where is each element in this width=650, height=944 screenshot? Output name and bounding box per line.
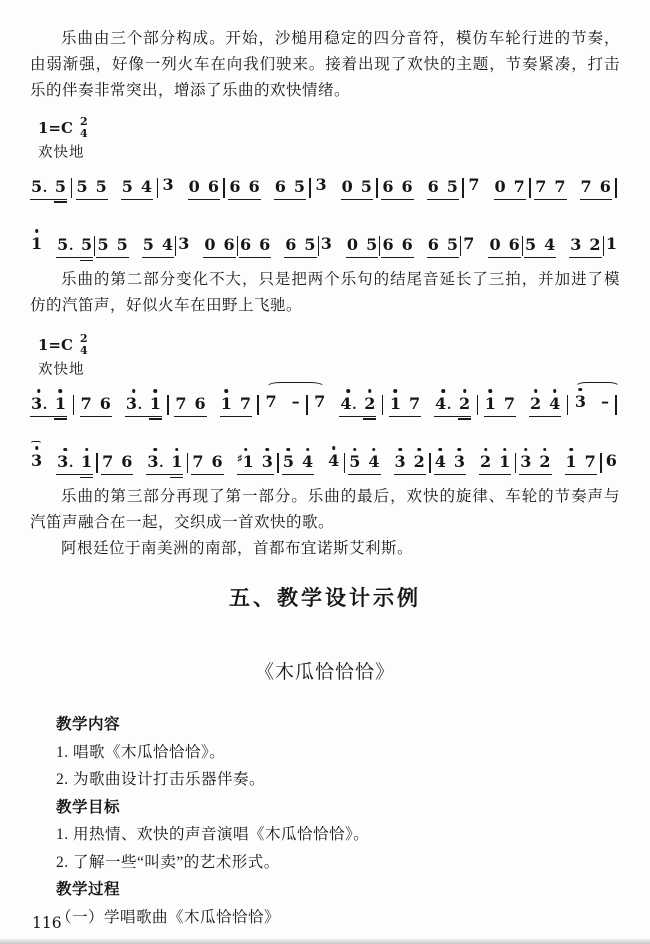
- beam-group: 3.1: [30, 396, 67, 417]
- note-numeral: 5: [117, 235, 128, 254]
- beam-group: 1: [605, 236, 618, 259]
- jianpu-note: 6: [401, 179, 412, 196]
- augmentation-dot: .: [69, 455, 73, 471]
- note-numeral: 1: [81, 452, 92, 471]
- note-numeral: 2: [480, 452, 491, 471]
- measure: 305: [320, 236, 378, 259]
- song-title-heading: 《木瓜恰恰恰》: [30, 657, 620, 684]
- barline: [175, 236, 176, 256]
- beam-group: 76: [174, 396, 206, 417]
- augmentation-dot: .: [160, 455, 164, 471]
- note-numeral: 2: [530, 394, 541, 413]
- note-numeral: 6: [401, 177, 412, 196]
- beam-group: 65: [284, 237, 316, 258]
- meter-denominator: 4: [80, 345, 88, 357]
- measure: 6665: [228, 179, 306, 200]
- meter-denominator: 4: [80, 128, 88, 140]
- barline: [157, 178, 159, 198]
- teaching-goal-item: 1. 用热情、欢快的声音演唱《木瓜恰恰恰》。: [56, 821, 620, 849]
- note-numeral: 6: [600, 177, 611, 196]
- jianpu-note: 3: [262, 454, 273, 471]
- augmentation-dot: .: [138, 397, 142, 413]
- note-numeral: 6: [285, 235, 296, 254]
- jianpu-note: 7: [535, 179, 546, 196]
- jianpu-note: 6: [229, 179, 240, 196]
- jianpu-note: 6: [428, 237, 439, 254]
- jianpu-note: 3.: [126, 396, 142, 413]
- beam-group: 06: [188, 179, 220, 200]
- beam-group: 7: [467, 177, 480, 200]
- beam-group: 76: [191, 454, 223, 475]
- note-numeral: 5: [31, 177, 42, 196]
- measure: 33.1: [30, 453, 93, 476]
- note-numeral: 4: [340, 394, 351, 413]
- octave-dot-icon: [372, 448, 376, 452]
- note-numeral: 5: [283, 452, 294, 471]
- measure: 3.1: [30, 396, 67, 417]
- notation-line: 5.55554306666530566657077776: [30, 164, 620, 209]
- octave-dot-icon: [439, 448, 443, 452]
- note-numeral: 3: [178, 234, 189, 253]
- page-number: 116: [32, 914, 62, 932]
- jianpu-note: 2: [364, 396, 375, 413]
- barline: [460, 236, 461, 256]
- jianpu-note: 2: [539, 454, 550, 471]
- notation-line: 15.555543066665305666570654321: [30, 223, 620, 268]
- jianpu-note: 4.: [340, 396, 356, 413]
- jianpu-note: 5: [97, 237, 108, 254]
- score1-notation: 5.5555430666653056665707777615.555543066…: [30, 164, 620, 267]
- barline: [462, 178, 464, 198]
- note-numeral: 0: [347, 235, 358, 254]
- jianpu-note: 6: [249, 179, 260, 196]
- barline: [187, 453, 189, 473]
- jianpu-note: 7: [175, 396, 186, 413]
- jianpu-note: 1: [55, 396, 66, 413]
- note-numeral: 6: [249, 177, 260, 196]
- jianpu-note: 6: [600, 179, 611, 196]
- beam-group: 54: [121, 179, 153, 200]
- barline: [603, 236, 604, 256]
- augmentation-dot: .: [69, 238, 73, 254]
- sixteenth-underline: [54, 201, 67, 203]
- note-numeral: 6: [100, 394, 111, 413]
- measure: 3217: [519, 454, 597, 475]
- barline: [96, 453, 98, 473]
- paragraph-part1: 乐曲由三个部分构成。开始，沙槌用稳定的四分音符，模仿车轮行进的节奏，由弱渐强，好…: [30, 26, 620, 104]
- jianpu-note: 6: [402, 237, 413, 254]
- meter-numerator: 2: [80, 333, 88, 345]
- octave-dot-icon: [503, 448, 507, 452]
- barline: [522, 236, 523, 256]
- note-numeral: 3: [454, 452, 465, 471]
- jianpu-note: 1: [499, 454, 510, 471]
- measure: 6665: [239, 237, 317, 258]
- note-numeral: 6: [382, 235, 393, 254]
- note-numeral: 7: [504, 394, 515, 413]
- jianpu-note: 5: [447, 179, 458, 196]
- beam-group: –: [600, 394, 610, 417]
- beam-group: 4: [327, 453, 340, 476]
- barline: [429, 453, 431, 473]
- jianpu-note: 1: [171, 454, 182, 471]
- beam-group: 24: [529, 396, 561, 417]
- note-numeral: 7: [102, 452, 113, 471]
- jianpu-note: 3: [520, 454, 531, 471]
- note-numeral: 5: [143, 235, 154, 254]
- note-numeral: 4: [549, 394, 560, 413]
- measure: 6: [605, 453, 618, 476]
- note-numeral: 0: [204, 235, 215, 254]
- note-numeral: 7: [266, 392, 277, 411]
- note-numeral: 7: [175, 394, 186, 413]
- jianpu-note: 6: [259, 237, 270, 254]
- note-numeral: 3: [321, 234, 332, 253]
- barline: [71, 178, 73, 198]
- sixteenth-underline: [458, 418, 471, 420]
- teaching-content-title: 教学内容: [56, 711, 620, 739]
- measure: 15.5: [30, 236, 93, 259]
- note-numeral: 1: [499, 452, 510, 471]
- octave-dot-icon: [85, 448, 89, 452]
- octave-dot-icon: [368, 389, 372, 393]
- measure: 76♯13: [191, 454, 274, 475]
- jianpu-note: 5: [366, 237, 377, 254]
- jianpu-note: 5: [304, 237, 315, 254]
- octave-dot-icon: [306, 448, 310, 452]
- jianpu-note: 6: [212, 454, 223, 471]
- note-numeral: 1: [31, 234, 42, 253]
- measure: 1: [605, 236, 618, 259]
- octave-dot-icon: [35, 229, 39, 233]
- jianpu-note: 0: [204, 237, 215, 254]
- measure: 6665: [381, 237, 459, 258]
- note-numeral: –: [292, 392, 300, 411]
- jianpu-note: 5: [525, 237, 536, 254]
- beam-group: 76: [580, 179, 612, 200]
- beam-group: 66: [228, 179, 260, 200]
- note-numeral: 5: [97, 235, 108, 254]
- jianpu-note: 6: [428, 179, 439, 196]
- note-numeral: 7: [314, 392, 325, 411]
- jianpu-note: ♯1: [238, 454, 254, 471]
- sixteenth-underline: [54, 418, 67, 420]
- note-numeral: 7: [468, 175, 479, 194]
- barline: [615, 395, 617, 415]
- octave-dot-icon: [489, 389, 493, 393]
- beam-group: 7: [265, 394, 278, 417]
- jianpu-note: 7: [102, 454, 113, 471]
- jianpu-note: 6: [606, 453, 617, 470]
- octave-dot-icon: [553, 389, 557, 393]
- sixteenth-underline: [149, 418, 162, 420]
- note-numeral: 4: [368, 452, 379, 471]
- barline: [277, 453, 279, 473]
- beam-group: 65: [427, 179, 459, 200]
- barline: [477, 395, 479, 415]
- tie-arc: [575, 382, 620, 392]
- note-numeral: 6: [382, 177, 393, 196]
- jianpu-note: 2: [480, 454, 491, 471]
- note-numeral: 6: [402, 235, 413, 254]
- teaching-goals-title: 教学目标: [56, 794, 620, 822]
- jianpu-note: 5: [361, 179, 372, 196]
- beam-group: 21: [479, 454, 511, 475]
- note-numeral: 5: [366, 235, 377, 254]
- note-numeral: 4: [328, 451, 339, 470]
- meter-numerator: 2: [80, 116, 88, 128]
- beam-group: 3.1: [56, 454, 93, 475]
- note-numeral: 3: [520, 452, 531, 471]
- jianpu-note: 0: [342, 179, 353, 196]
- measure: 5554: [96, 237, 174, 258]
- note-numeral: 0: [489, 235, 500, 254]
- paragraph-part3: 乐曲的第三部分再现了第一部分。乐曲的最后，欢快的旋律、车轮的节奏声与汽笛声融合在…: [30, 484, 620, 536]
- note-numeral: 1: [55, 394, 66, 413]
- octave-dot-icon: [225, 389, 229, 393]
- octave-dot-icon: [463, 389, 467, 393]
- measure: 306: [162, 177, 220, 200]
- jianpu-note: 0: [489, 237, 500, 254]
- barline: [167, 395, 169, 415]
- jianpu-note: 5.: [31, 179, 47, 196]
- measure: 763.1: [80, 396, 162, 417]
- jianpu-note: 7: [81, 396, 92, 413]
- beam-group: 66: [239, 237, 271, 258]
- beam-group: 65: [427, 237, 459, 258]
- section-heading: 五、教学设计示例: [30, 582, 620, 612]
- beam-group: 3: [314, 177, 327, 200]
- time-signature: 2 4: [80, 333, 88, 356]
- beam-group: 06: [203, 237, 235, 258]
- sharp-icon: ♯: [238, 453, 243, 463]
- note-numeral: 3: [570, 235, 581, 254]
- note-numeral: 7: [514, 177, 525, 196]
- jianpu-note: 4: [162, 237, 173, 254]
- beam-group: 3.1: [146, 454, 183, 475]
- jianpu-note: 7: [468, 177, 479, 194]
- jianpu-note: 4: [302, 454, 313, 471]
- note-numeral: 0: [342, 177, 353, 196]
- teaching-content-item: 2. 为歌曲设计打击乐器伴奏。: [56, 766, 620, 794]
- jianpu-note: –: [292, 394, 300, 411]
- octave-dot-icon: [287, 448, 291, 452]
- octave-dot-icon: [37, 389, 41, 393]
- note-numeral: 7: [585, 452, 596, 471]
- note-numeral: 3: [31, 451, 42, 470]
- octave-dot-icon: [175, 448, 179, 452]
- beam-group: 54: [282, 454, 314, 475]
- octave-dot-icon: [569, 448, 573, 452]
- jianpu-note: 7: [554, 179, 565, 196]
- tempo-marking: 欢快地: [38, 358, 620, 379]
- jianpu-note: 5: [349, 454, 360, 471]
- jianpu-note: 3: [575, 394, 586, 411]
- barline: [318, 236, 319, 256]
- measure: 305: [314, 177, 372, 200]
- note-numeral: 5: [304, 235, 315, 254]
- note-numeral: 6: [606, 451, 617, 470]
- augmentation-dot: .: [352, 397, 356, 413]
- note-numeral: 5: [294, 177, 305, 196]
- beam-group: 5.5: [30, 179, 67, 200]
- jianpu-note: 5: [81, 237, 92, 254]
- beam-group: 3: [320, 236, 333, 259]
- note-numeral: 7: [535, 177, 546, 196]
- barline: [94, 236, 95, 256]
- jianpu-note: 3: [315, 177, 326, 194]
- note-numeral: 6: [195, 394, 206, 413]
- jianpu-note: 5: [77, 179, 88, 196]
- note-numeral: 4: [162, 235, 173, 254]
- jianpu-note: 5: [117, 237, 128, 254]
- note-numeral: 1: [390, 394, 401, 413]
- note-numeral: 6: [509, 235, 520, 254]
- barline: [237, 236, 238, 256]
- barline: [73, 395, 75, 415]
- octave-dot-icon: [398, 448, 402, 452]
- note-numeral: 1: [221, 394, 232, 413]
- beam-group: 05: [346, 237, 378, 258]
- octave-dot-icon: [484, 448, 488, 452]
- barline: [600, 453, 602, 473]
- tie-arc: [266, 382, 326, 392]
- notation-line: 33.1763.176♯135445432432132176: [30, 440, 620, 485]
- note-numeral: 3: [395, 452, 406, 471]
- beam-group: 17: [565, 454, 597, 475]
- teaching-content-item: 1. 唱歌《木瓜恰恰恰》。: [56, 739, 620, 767]
- paragraph-part2: 乐曲的第二部分变化不大，只是把两个乐句的结尾音延长了三拍，并加进了模仿的汽笛声，…: [30, 267, 620, 319]
- octave-dot-icon: [59, 389, 63, 393]
- jianpu-note: 4: [141, 179, 152, 196]
- jianpu-note: 3: [454, 454, 465, 471]
- measure: 5.5: [30, 179, 67, 200]
- octave-dot-icon: [353, 448, 357, 452]
- jianpu-note: 3: [163, 177, 174, 194]
- paragraph-argentina: 阿根廷位于南美洲的南部，首都布宜诺斯艾利斯。: [30, 536, 620, 562]
- lesson-plan: 教学内容 1. 唱歌《木瓜恰恰恰》。 2. 为歌曲设计打击乐器伴奏。 教学目标 …: [30, 711, 620, 931]
- augmentation-dot: .: [43, 397, 47, 413]
- jianpu-note: 6: [121, 454, 132, 471]
- teaching-process-title: 教学过程: [56, 876, 620, 904]
- note-numeral: 3: [315, 175, 326, 194]
- jianpu-note: 3: [570, 237, 581, 254]
- barline: [344, 453, 346, 473]
- note-numeral: 5: [349, 452, 360, 471]
- jianpu-note: 1: [606, 236, 617, 253]
- measure: 706: [462, 236, 520, 259]
- note-numeral: 3: [147, 452, 158, 471]
- octave-dot-icon: [266, 448, 270, 452]
- note-numeral: 6: [428, 235, 439, 254]
- note-numeral: 2: [459, 394, 470, 413]
- beam-group: 3: [162, 177, 175, 200]
- jianpu-note: 1: [81, 454, 92, 471]
- jianpu-note: 3.: [31, 396, 47, 413]
- measure: 5554: [76, 179, 154, 200]
- beam-group: 54: [348, 454, 380, 475]
- barline: [376, 178, 378, 198]
- jianpu-note: 0: [347, 237, 358, 254]
- beam-group: 77: [534, 179, 566, 200]
- jianpu-note: 4: [435, 454, 446, 471]
- jianpu-note: 7: [409, 396, 420, 413]
- note-numeral: 5: [447, 235, 458, 254]
- note-numeral: 5: [447, 177, 458, 196]
- beam-group: 54: [142, 237, 174, 258]
- octave-dot-icon: [441, 389, 445, 393]
- measure: 6665: [381, 179, 459, 200]
- note-numeral: 2: [589, 235, 600, 254]
- jianpu-note: 5: [96, 179, 107, 196]
- beam-group: 05: [341, 179, 373, 200]
- octave-dot-icon: [524, 448, 528, 452]
- score2-notation: 3.1763.176177–74.2174.217243–33.1763.176…: [30, 381, 620, 484]
- octave-dot-icon: [154, 389, 158, 393]
- measure: 4321: [434, 454, 512, 475]
- beam-group: 66: [381, 237, 413, 258]
- note-numeral: 5: [55, 177, 66, 196]
- note-numeral: 5: [81, 235, 92, 254]
- octave-dot-icon: [458, 448, 462, 452]
- jianpu-note: 7: [240, 396, 251, 413]
- beam-group: 6: [605, 453, 618, 476]
- note-numeral: 6: [275, 177, 286, 196]
- augmentation-dot: .: [447, 397, 451, 413]
- beam-group: 32: [519, 454, 551, 475]
- note-numeral: 6: [240, 235, 251, 254]
- barline: [223, 178, 225, 198]
- jianpu-note: 6: [195, 396, 206, 413]
- note-numeral: 5: [57, 235, 68, 254]
- note-numeral: 4: [435, 394, 446, 413]
- note-numeral: 5: [361, 177, 372, 196]
- jianpu-note: 2: [459, 396, 470, 413]
- note-numeral: 7: [240, 394, 251, 413]
- barline: [382, 395, 384, 415]
- note-numeral: 1: [606, 234, 617, 253]
- note-numeral: 6: [212, 452, 223, 471]
- octave-dot-icon: [394, 389, 398, 393]
- note-numeral: 4: [544, 235, 555, 254]
- jianpu-note: 6: [382, 179, 393, 196]
- octave-dot-icon: [534, 389, 538, 393]
- scan-edge-shadow: [0, 938, 650, 944]
- note-numeral: 4: [435, 452, 446, 471]
- beam-group: 3: [574, 394, 587, 417]
- beam-group: 17: [220, 396, 252, 417]
- book-page: 乐曲由三个部分构成。开始，沙槌用稳定的四分音符，模仿车轮行进的节奏，由弱渐强，好…: [0, 0, 650, 944]
- jianpu-note: 2: [589, 237, 600, 254]
- beam-group: –: [291, 394, 301, 417]
- beam-group: 7: [462, 236, 475, 259]
- note-numeral: 3: [163, 175, 174, 194]
- jianpu-note: 5: [55, 179, 66, 196]
- tie-arc: [30, 441, 42, 451]
- note-numeral: 6: [121, 452, 132, 471]
- jianpu-note: 4: [549, 396, 560, 413]
- jianpu-note: 0: [189, 179, 200, 196]
- teaching-process-item: （一）学唱歌曲《木瓜恰恰恰》: [56, 904, 620, 932]
- beam-group: ♯13: [237, 454, 274, 475]
- time-signature: 2 4: [80, 116, 88, 139]
- beam-group: 55: [76, 179, 108, 200]
- jianpu-note: 7: [585, 454, 596, 471]
- score1-header: 1=C 2 4: [38, 116, 620, 139]
- beam-group: 3.1: [125, 396, 162, 417]
- octave-dot-icon: [332, 446, 336, 450]
- jianpu-note: 4: [544, 237, 555, 254]
